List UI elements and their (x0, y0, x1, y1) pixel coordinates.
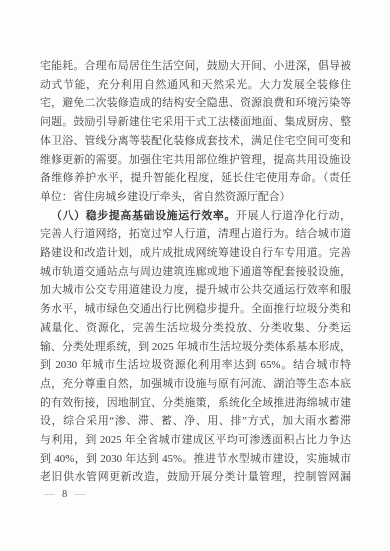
page-number-dash-right: — (75, 489, 86, 500)
text-line: 备维修养护水平，提升智能化程度，延长住宅使用寿命。（责任 (40, 169, 351, 188)
body-text: 体卫浴、管线分离等装配化装修成套技术，满足住宅空间可变和 (40, 135, 351, 147)
text-line: 单位：省住房城乡建设厅牵头，省自然资源厅配合） (40, 188, 351, 207)
body-text: 到 2030 年城市生活垃圾资源化利用率达到 65%。结合城市特 (40, 359, 351, 371)
document-page: 宅能耗。合理布局居住生活空间，鼓励大开间、小进深，倡导被动式节能，充分利用自然通… (0, 0, 390, 551)
body-text: 宅，避免二次装修造成的结构安全隐患、资源浪费和环境污染等 (40, 97, 351, 109)
body-text: 与利用，到 2025 年全省城市建成区平均可渗透面积占比力争达 (40, 434, 351, 446)
document-body: 宅能耗。合理布局居住生活空间，鼓励大开间、小进深，倡导被动式节能，充分利用自然通… (40, 57, 351, 487)
text-line: 与利用，到 2025 年全省城市建成区平均可渗透面积占比力争达 (40, 431, 351, 450)
body-text: 城市轨道交通站点与周边建筑连廊或地下通道等配套接驳设施， (40, 266, 351, 278)
section-heading-text: （八）稳步提高基础设施运行效率。 (51, 210, 236, 222)
body-text: 完善人行道网络，拓宽过窄人行道，清理占道行为。结合城市道 (40, 228, 351, 240)
text-line: 老旧供水管网更新改造，鼓励开展分类计量管理，控制管网漏 (40, 468, 351, 487)
text-line: 维修更新的需要。加强住宅共用部位维护管理，提高共用设施设 (40, 151, 351, 170)
text-line: 宅能耗。合理布局居住生活空间，鼓励大开间、小进深，倡导被 (40, 57, 351, 76)
body-text: 维修更新的需要。加强住宅共用部位维护管理，提高共用设施设 (40, 154, 351, 166)
body-text: 开展人行道净化行动， (236, 210, 351, 222)
text-line: 务水平，城市绿色交通出行比例稳步提升。全面推行垃圾分类和 (40, 300, 351, 319)
body-text: 老旧供水管网更新改造，鼓励开展分类计量管理，控制管网漏 (40, 471, 351, 483)
text-line: 路建设和改造计划，成片成批成网统筹建设自行车专用道。完善 (40, 244, 351, 263)
body-text: 动式节能，充分利用自然通风和天然采光。大力发展全装修住 (40, 79, 351, 91)
text-line: 到 2030 年城市生活垃圾资源化利用率达到 65%。结合城市特 (40, 356, 351, 375)
body-text: 点，充分尊重自然，加强城市设施与原有河流、湖泊等生态本底 (40, 378, 351, 390)
text-line: 的有效衔接，因地制宜、分类施策，系统化全域推进海绵城市建 (40, 394, 351, 413)
text-line: 输、分类处理系统，到 2025 年城市生活垃圾分类体系基本形成， (40, 338, 351, 357)
body-text: 减量化、资源化，完善生活垃圾分类投放、分类收集、分类运 (40, 322, 351, 334)
text-line: 设，综合采用“渗、滞、蓄、净、用、排”方式，加大雨水蓄滞 (40, 412, 351, 431)
body-text: 问题。鼓励引导新建住宅采用干式工法楼面地面、集成厨房、整 (40, 116, 351, 128)
page-number: 8 (62, 489, 68, 500)
body-text: 加大城市公交专用道建设力度，提升城市公共交通运行效率和服 (40, 284, 351, 296)
body-text: 到 40%，到 2030 年达到 45%。推进节水型城市建设，实施城市 (40, 453, 351, 465)
body-text: 务水平，城市绿色交通出行比例稳步提升。全面推行垃圾分类和 (40, 303, 351, 315)
page-footer: —8— (44, 489, 86, 501)
text-line: 动式节能，充分利用自然通风和天然采光。大力发展全装修住 (40, 76, 351, 95)
text-line: 城市轨道交通站点与周边建筑连廊或地下通道等配套接驳设施， (40, 263, 351, 282)
text-line: 加大城市公交专用道建设力度，提升城市公共交通运行效率和服 (40, 281, 351, 300)
text-line: （八）稳步提高基础设施运行效率。开展人行道净化行动， (40, 207, 351, 226)
body-text: 路建设和改造计划，成片成批成网统筹建设自行车专用道。完善 (40, 247, 351, 259)
text-line: 问题。鼓励引导新建住宅采用干式工法楼面地面、集成厨房、整 (40, 113, 351, 132)
body-text: 宅能耗。合理布局居住生活空间，鼓励大开间、小进深，倡导被 (40, 60, 351, 72)
text-line: 完善人行道网络，拓宽过窄人行道，清理占道行为。结合城市道 (40, 225, 351, 244)
body-text: 备维修养护水平，提升智能化程度，延长住宅使用寿命。（责任 (40, 172, 351, 184)
page-number-dash-left: — (44, 489, 55, 500)
body-text: 单位：省住房城乡建设厅牵头，省自然资源厅配合） (40, 191, 291, 203)
body-text: 的有效衔接，因地制宜、分类施策，系统化全域推进海绵城市建 (40, 397, 351, 409)
body-text: 设，综合采用“渗、滞、蓄、净、用、排”方式，加大雨水蓄滞 (40, 415, 351, 427)
body-text: 输、分类处理系统，到 2025 年城市生活垃圾分类体系基本形成， (40, 341, 351, 353)
text-line: 体卫浴、管线分离等装配化装修成套技术，满足住宅空间可变和 (40, 132, 351, 151)
text-line: 减量化、资源化，完善生活垃圾分类投放、分类收集、分类运 (40, 319, 351, 338)
text-line: 宅，避免二次装修造成的结构安全隐患、资源浪费和环境污染等 (40, 94, 351, 113)
text-line: 到 40%，到 2030 年达到 45%。推进节水型城市建设，实施城市 (40, 450, 351, 469)
text-line: 点，充分尊重自然，加强城市设施与原有河流、湖泊等生态本底 (40, 375, 351, 394)
